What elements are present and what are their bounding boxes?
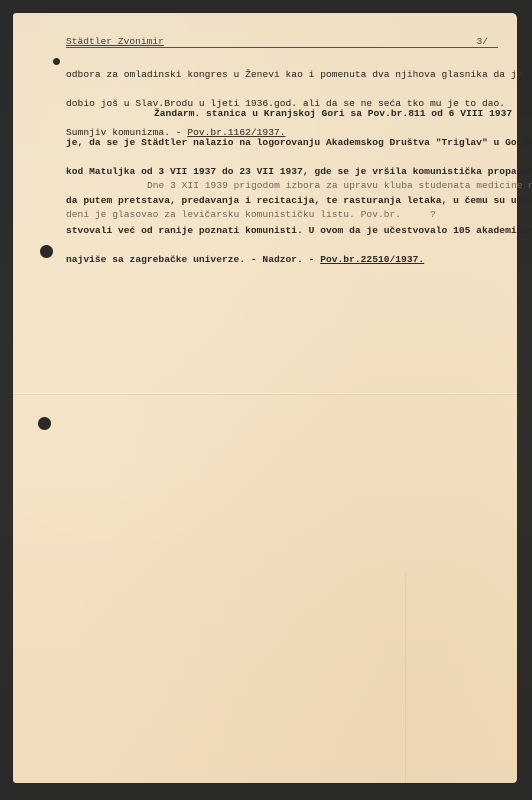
punch-hole-top [53,58,60,65]
paragraph-3: Dne 3 XII 1939 prigodom izbora za upravu… [66,161,532,239]
text-line: deni je glasovao za levičarsku komunisti… [66,210,532,220]
text-line: najviše sa zagrebačke univerze. - Nadzor… [66,255,532,265]
text-line: je, da se je Städtler nalazio na logorov… [66,138,532,148]
page-number: 3/ [476,36,488,47]
subject-name: Städtler Zvonimir [66,36,164,47]
scan-background: Städtler Zvonimir 3/ odbora za omladinsk… [0,0,532,800]
punch-hole-lower [38,417,51,430]
text-line: odbora za omladinski kongres u Ženevi ka… [66,70,522,80]
document-page: Städtler Zvonimir 3/ odbora za omladinsk… [13,13,517,783]
text-fragment: najviše sa zagrebačke univerze. - Nadzor… [66,254,320,265]
text-line: Žandarm. stanica u Kranjskoj Gori sa Pov… [66,109,532,119]
punch-hole-middle [40,245,53,258]
reference-number: Pov.br.22510/1937. [320,254,424,265]
text-line: Dne 3 XII 1939 prigodom izbora za upravu… [66,181,532,191]
page-header: Städtler Zvonimir 3/ [66,35,498,48]
